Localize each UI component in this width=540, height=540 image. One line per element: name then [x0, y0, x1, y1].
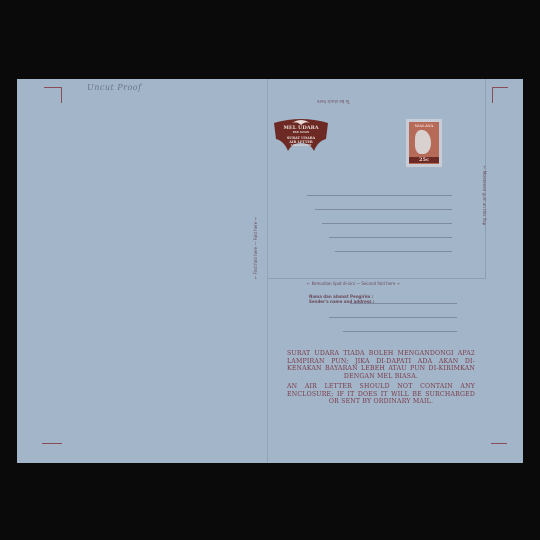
logo-line-aerogramme: AEROGRAMME	[272, 145, 330, 147]
stamp-country: MALAYA	[409, 123, 439, 128]
stamp-value-number: 25	[419, 157, 426, 163]
sender-line-2	[329, 317, 457, 318]
sender-line-3	[343, 331, 457, 332]
address-line-2	[315, 209, 452, 210]
gum-instruction-vertical: ← Moistened gum on this flap	[482, 166, 487, 225]
crop-mark-top-right	[492, 87, 508, 103]
mel-udara-logo: MEL UDARA PAR AVION SURAT UDARA AIR LETT…	[272, 117, 330, 155]
stamp-design: MALAYA 25c	[409, 122, 439, 164]
pencil-annotation: Uncut Proof	[87, 83, 142, 92]
address-line-5	[335, 251, 452, 252]
address-panel-border	[268, 79, 486, 279]
crop-mark-bottom-right	[491, 443, 507, 444]
address-line-1	[307, 195, 452, 196]
fold-instruction-vertical: ← First fold here — Fold here →	[253, 217, 258, 279]
crop-mark-top-left	[44, 87, 62, 103]
address-line-4	[329, 237, 452, 238]
crop-mark-bottom-left	[42, 443, 62, 444]
upside-down-instruction: To be stuck here	[317, 99, 350, 104]
air-letter-sheet: Uncut Proof To be stuck here ← First fol…	[17, 79, 523, 463]
stamp-value-suffix: c	[426, 157, 429, 163]
logo-line-par-avion: PAR AVION	[272, 132, 330, 135]
notice-english: AN AIR LETTER SHOULD NOT CONTAIN ANY ENC…	[287, 383, 475, 406]
notice-malay: SURAT UDARA TIADA BOLEH MENGANDONGI APA2…	[287, 350, 475, 380]
stamp-denomination: 25c	[409, 157, 439, 163]
printed-stamp: MALAYA 25c	[406, 119, 442, 167]
sender-line-1	[350, 303, 457, 304]
map-icon	[415, 130, 431, 154]
address-line-3	[322, 223, 452, 224]
second-fold-label: ← Kemudian lipat di-sini — Second fold h…	[307, 281, 400, 286]
